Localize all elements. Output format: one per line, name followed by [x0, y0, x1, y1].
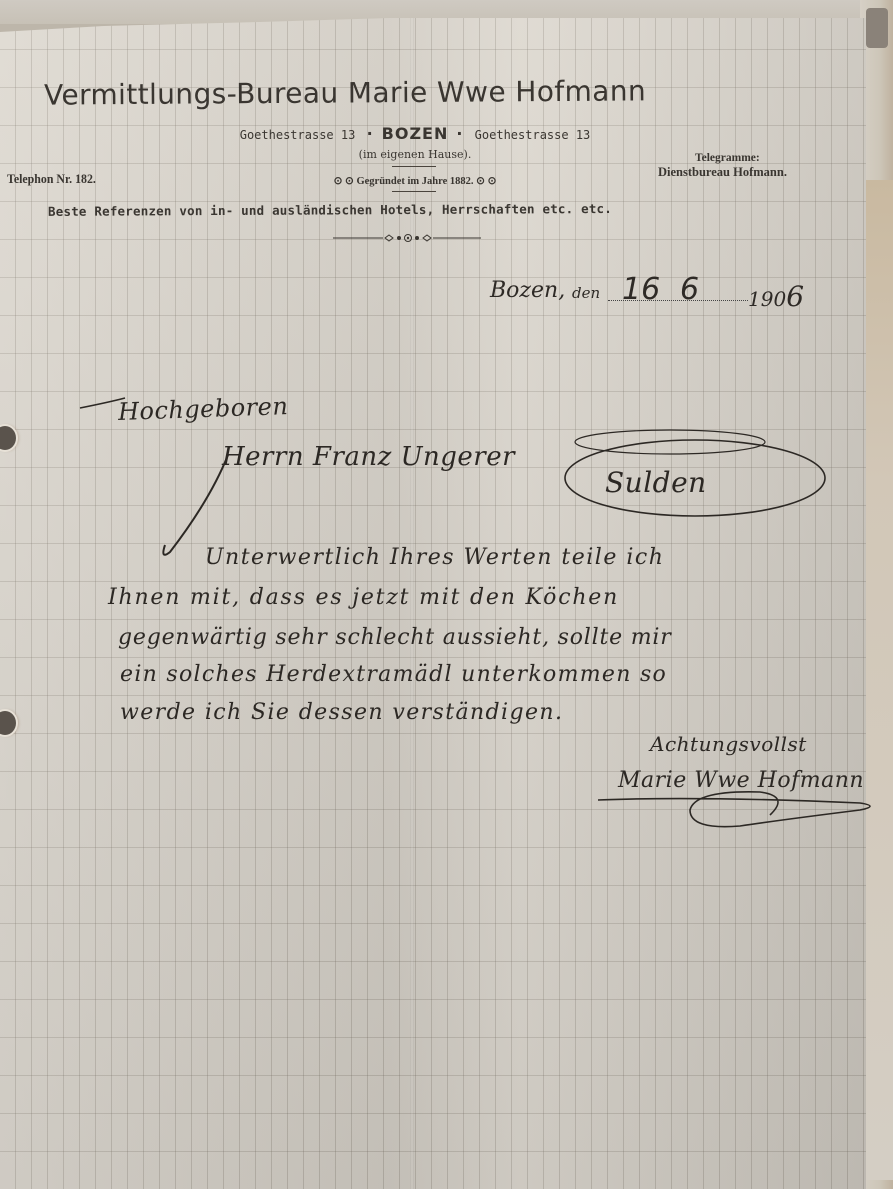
- recipient-location: Sulden: [605, 466, 707, 499]
- date-place: Bozen,: [490, 278, 565, 303]
- date-den: den: [572, 284, 600, 302]
- ornament-divider-icon: [333, 231, 483, 245]
- address-right: Goethestrasse 13: [475, 128, 591, 142]
- body-line-3: gegenwärtig sehr schlecht aussieht, soll…: [118, 625, 672, 650]
- own-house-note: (im eigenen Hause).: [300, 148, 530, 161]
- recipient-name: Herrn Franz Ungerer: [222, 442, 515, 472]
- telegram-label: Telegramme:: [695, 152, 760, 164]
- founded-text: Gegründet im Jahre 1882.: [356, 176, 473, 187]
- company-name: Vermittlungs-Bureau Marie Wwe Hofmann: [44, 73, 784, 111]
- signature: Marie Wwe Hofmann: [618, 768, 864, 793]
- date-day: 16: [622, 272, 660, 307]
- ornament-dots-icon: ⊙ ⊙: [474, 176, 497, 187]
- body-line-1: Unterwertlich Ihres Werten teile ich: [205, 545, 664, 570]
- date-month: 6: [680, 272, 699, 307]
- telephone-number: Telephon Nr. 182.: [7, 172, 96, 187]
- city-bullet-right: ·: [456, 124, 463, 143]
- body-line-4: ein solches Herdextramädl unterkommen so: [120, 662, 667, 687]
- body-line-2: Ihnen mit, dass es jetzt mit den Köchen: [108, 585, 619, 610]
- salutation: Hochgeboren: [118, 392, 289, 426]
- address-line: Goethestrasse 13 ·BOZEN· Goethestrasse 1…: [205, 124, 625, 143]
- city-name: BOZEN: [382, 124, 449, 143]
- body-line-5: werde ich Sie dessen verständigen.: [120, 700, 563, 725]
- address-left: Goethestrasse 13: [240, 128, 356, 142]
- divider-rule: [392, 166, 436, 167]
- shadow: [866, 8, 888, 48]
- telegram-address: Dienstbureau Hofmann.: [658, 165, 787, 180]
- city-bullet-left: ·: [367, 124, 374, 143]
- founded-line: ⊙ ⊙ Gegründet im Jahre 1882. ⊙ ⊙: [300, 175, 530, 187]
- date-year-prefix: 190: [748, 287, 786, 311]
- dateline: Bozen, den 16 6 1906: [490, 278, 830, 312]
- ornament-dots-icon: ⊙ ⊙: [334, 176, 357, 187]
- closing-regards: Achtungsvollst: [650, 732, 807, 756]
- divider-rule: [392, 191, 436, 192]
- date-year-suffix: 6: [786, 280, 804, 313]
- date-year: 1906: [748, 280, 804, 313]
